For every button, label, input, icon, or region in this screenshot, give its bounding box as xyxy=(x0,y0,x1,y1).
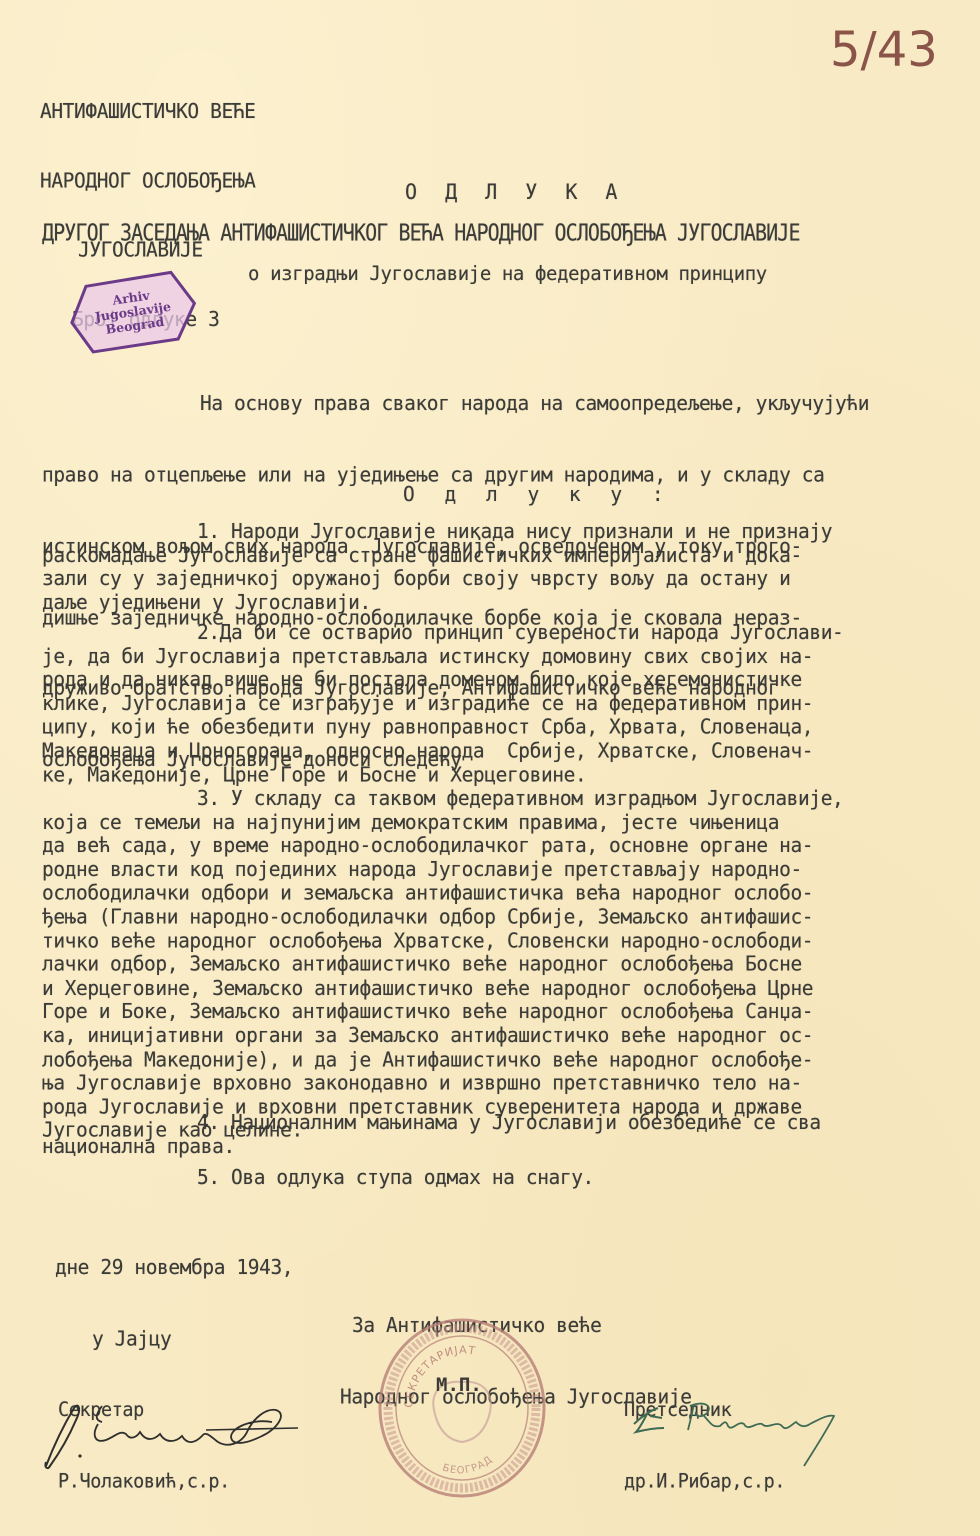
handwritten-number-icon: 5/43 xyxy=(828,8,948,118)
president-signature xyxy=(628,1398,858,1472)
article-line: ке, Македоније, Црне Горе и Босне и Херц… xyxy=(42,763,843,787)
article-1: 1. Народи Југославије никада нису призна… xyxy=(42,520,832,615)
seal-bottom-text: БЕОГРАД xyxy=(441,1454,495,1476)
document-subject: о изградњи Југославије на федеративном п… xyxy=(248,262,767,286)
issuer-line: АНТИФАШИСТИЧКО ВЕЋЕ xyxy=(40,100,255,123)
article-line: Горе и Боке, Земаљско антифашистичко већ… xyxy=(42,1001,843,1025)
article-line: 5. Ова одлука ступа одмах на снагу. xyxy=(42,1166,594,1190)
article-line: тичко веће народног ослобођења Хрватске,… xyxy=(42,929,843,953)
article-line: лачки одбор, Земаљско антифашистичко већ… xyxy=(42,953,843,977)
article-line: ка, иницијативни органи за Земаљско анти… xyxy=(42,1024,843,1048)
article-line: Македонаца и Црногораца, односно народа … xyxy=(42,740,843,764)
issuer-line: НАРОДНОГ ОСЛОБОЂЕЊА xyxy=(40,170,255,193)
article-line: и Херцеговине, Земаљско антифашистичко в… xyxy=(42,977,843,1001)
archive-number-text: 5/43 xyxy=(830,22,938,78)
date-place: дне 29 новембра 1943, у Јајцу xyxy=(55,1209,293,1375)
article-line: зали су у заједничкој оружаној борби сво… xyxy=(42,567,832,591)
round-seal-icon: СЕКРЕТАРИЈАТ БЕОГРАД xyxy=(372,1310,552,1506)
archive-number-annotation: 5/43 xyxy=(828,8,948,118)
decision-heading: О д л у к у : xyxy=(403,483,673,507)
seal-placeholder-label: М.П. xyxy=(436,1374,482,1396)
svg-text:БЕОГРАД: БЕОГРАД xyxy=(441,1454,495,1476)
article-line: клике, Југославија се изграђује и изград… xyxy=(42,692,843,716)
article-line: 2.Да би се остварио принцип суверености … xyxy=(42,621,843,645)
place-line: у Јајцу xyxy=(55,1328,293,1352)
president-name: др.И.Рибар,с.р. xyxy=(624,1471,785,1495)
article-5: 5. Ова одлука ступа одмах на снагу. xyxy=(42,1166,594,1190)
article-line: лобођења Македоније), и да је Антифашист… xyxy=(42,1048,843,1072)
article-line: је, да би Југославија претстављала истин… xyxy=(42,645,843,669)
article-line: рода и да никад више не би постала домен… xyxy=(42,668,843,692)
article-4: 4. Националним мањинама у Југославији об… xyxy=(42,1111,821,1158)
secretary-signature xyxy=(36,1400,306,1470)
article-line: 3. У складу са таквом федеративном изгра… xyxy=(42,787,843,811)
article-line: 1. Народи Југославије никада нису призна… xyxy=(42,520,832,544)
article-3: 3. У складу са таквом федеративном изгра… xyxy=(42,787,843,1143)
article-2: 2.Да би се остварио принцип суверености … xyxy=(42,621,843,787)
article-line: ња Југославије врховно законодавно и изв… xyxy=(42,1072,843,1096)
document-title: О Д Л У К А xyxy=(405,180,625,204)
handwritten-signature-icon xyxy=(36,1400,306,1470)
article-line: 4. Националним мањинама у Југославији об… xyxy=(42,1111,821,1135)
article-line: да већ сада, у време народно-ослободилач… xyxy=(42,834,843,858)
article-line: национална права. xyxy=(42,1135,821,1159)
handwritten-signature-icon xyxy=(628,1398,858,1472)
article-line: ђења (Главни народно-ослободилачки одбор… xyxy=(42,906,843,930)
document-subtitle: ДРУГОГ ЗАСЕДАЊА АНТИФАШИСТИЧКОГ ВЕЋА НАР… xyxy=(42,220,800,246)
article-line: која се темељи на најпунијим демократски… xyxy=(42,811,843,835)
article-line: раскомадање Југославије са стране фашист… xyxy=(42,544,832,568)
official-seal: СЕКРЕТАРИЈАТ БЕОГРАД xyxy=(372,1310,552,1506)
article-line: ципу, који ће обезбедити пуну равноправн… xyxy=(42,716,843,740)
secretary-name: Р.Чолаковић,с.р. xyxy=(58,1471,230,1495)
article-line: ослободилачки одбори и земаљска антифаши… xyxy=(42,882,843,906)
preamble-line: На основу права сваког народа на самоопр… xyxy=(42,392,869,416)
article-line: даље уједињени у Југославији. xyxy=(42,591,832,615)
date-line: дне 29 новембра 1943, xyxy=(55,1256,293,1280)
article-line: родне власти код појединих народа Југосл… xyxy=(42,858,843,882)
